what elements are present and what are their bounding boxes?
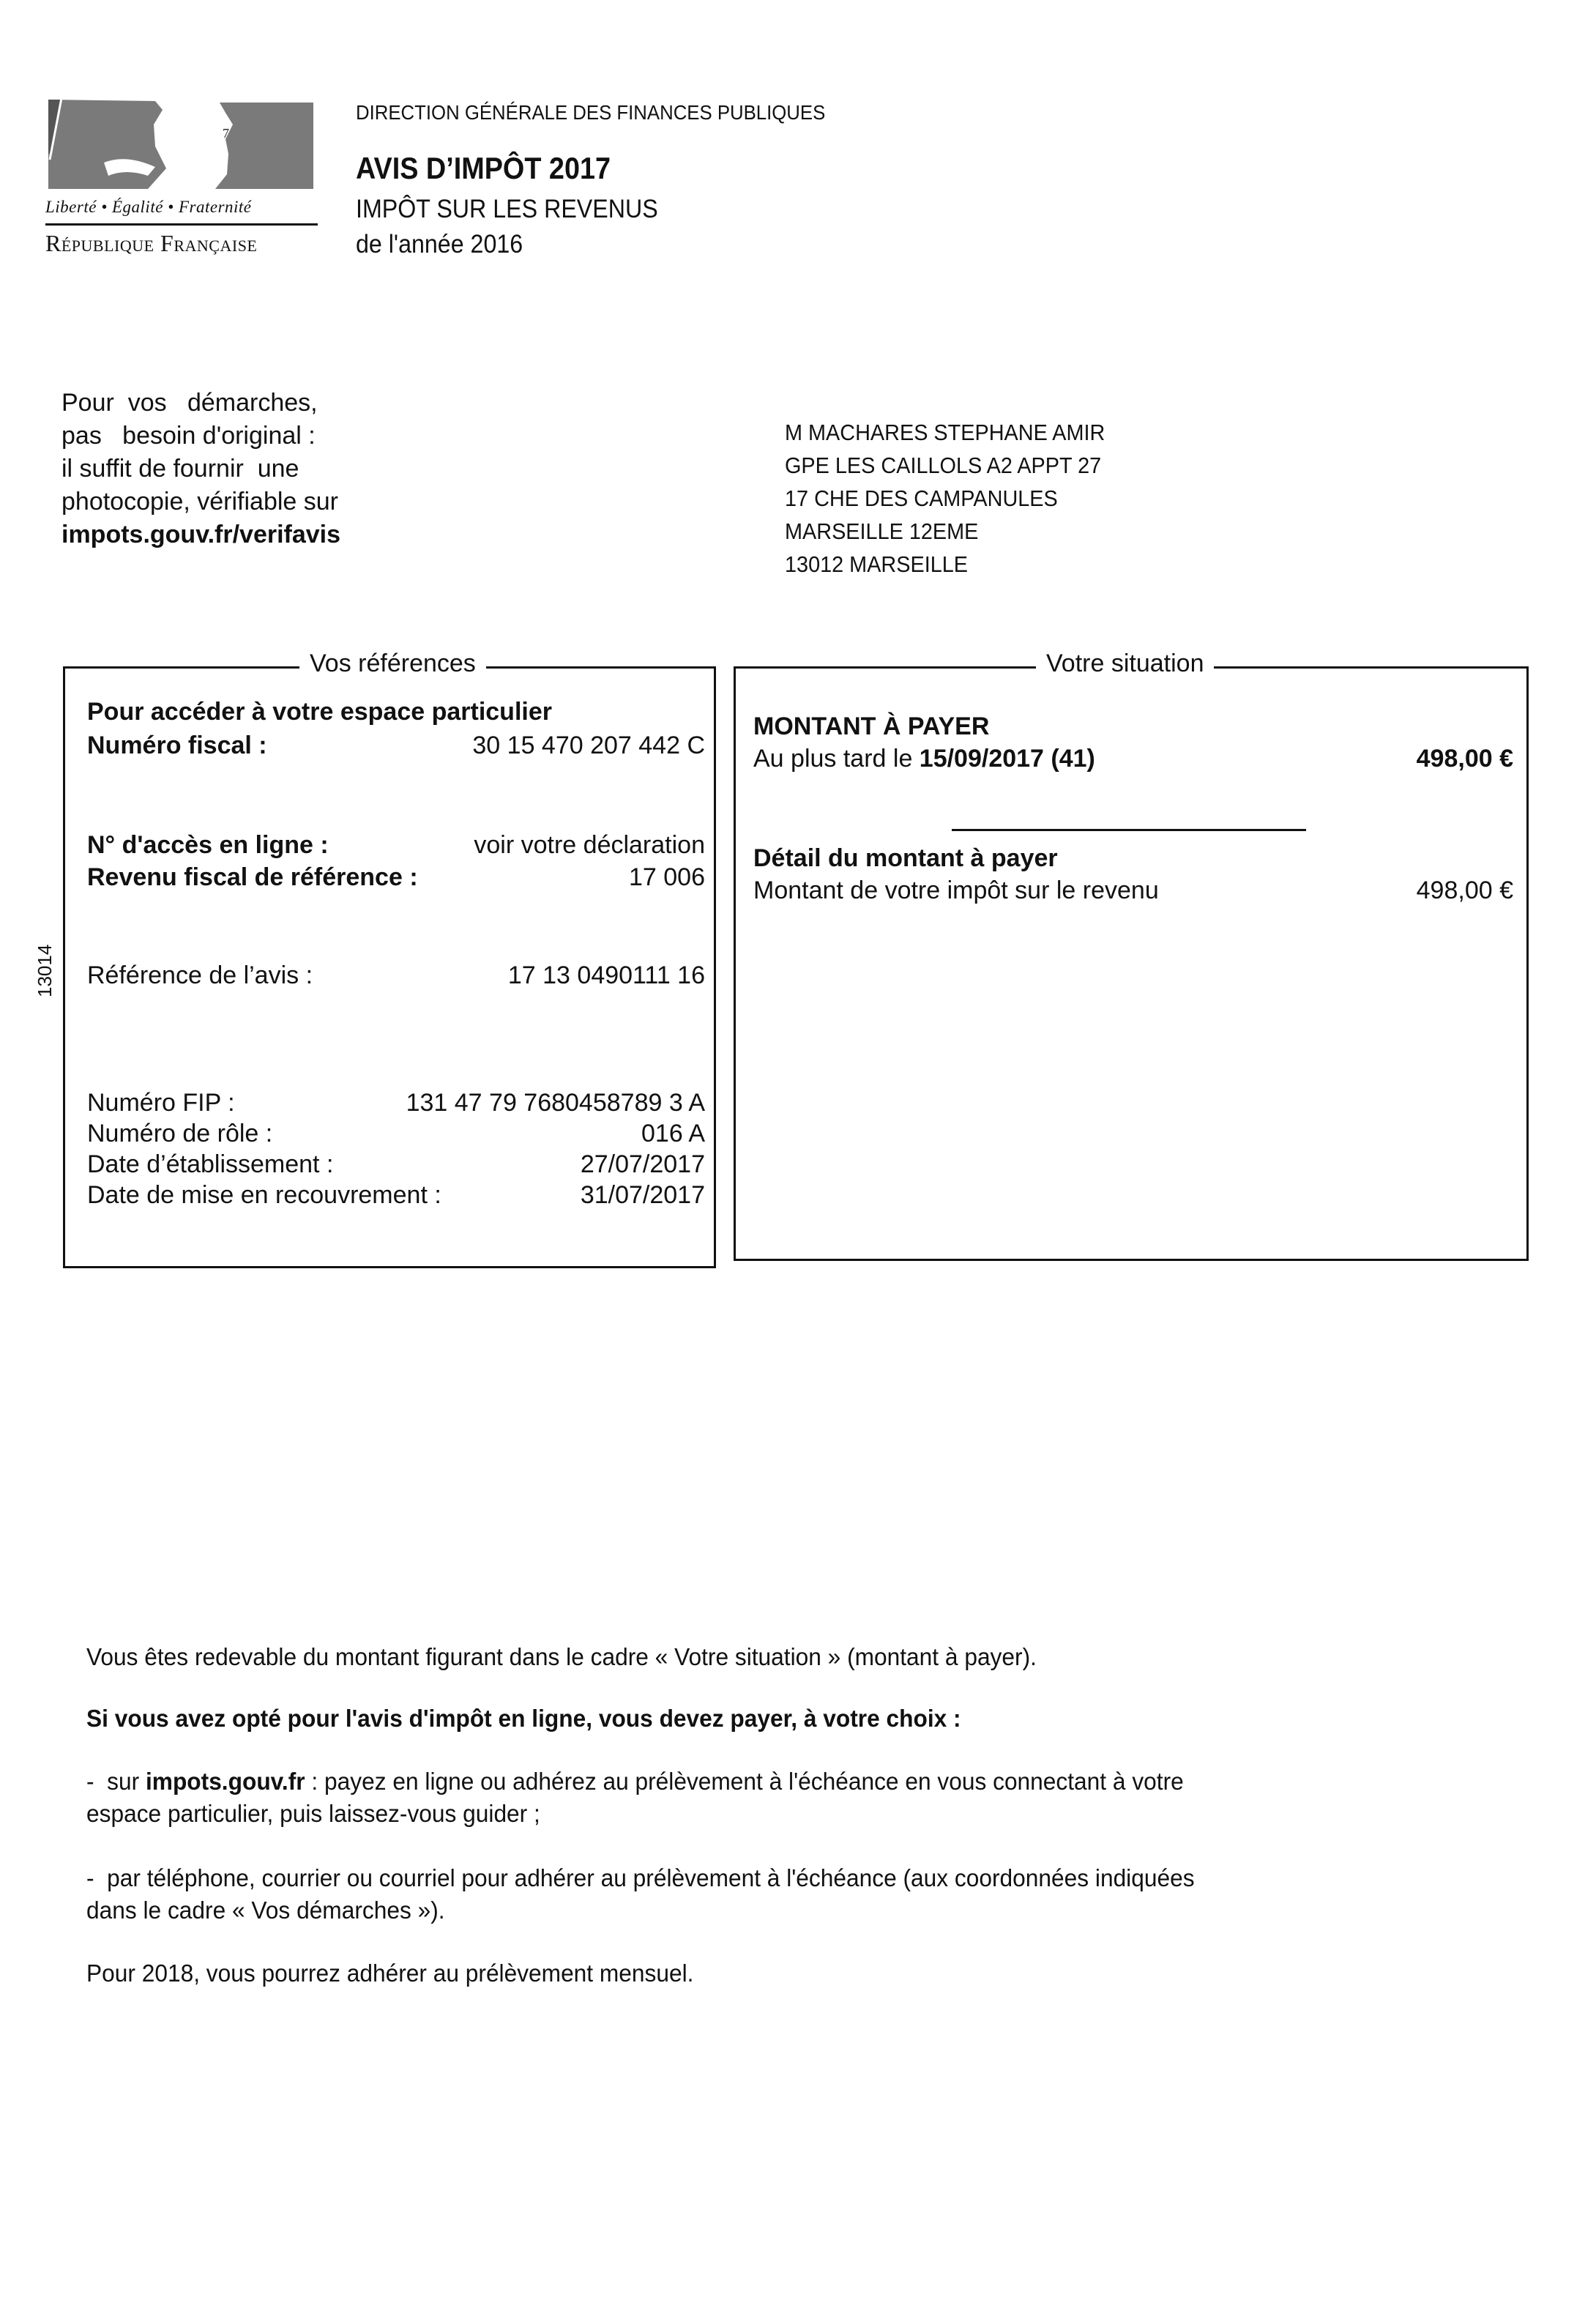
reference-row: Numéro fiscal : 30 15 470 207 442 C — [87, 732, 705, 760]
svg-text:7: 7 — [223, 126, 229, 141]
impots-link[interactable]: impots.gouv.fr — [146, 1768, 305, 1795]
numero-role-label: Numéro de rôle : — [87, 1120, 272, 1148]
detail-row: Montant de votre impôt sur le revenu 498… — [753, 877, 1513, 905]
footer-bullet-phone-cont: dans le cadre « Vos démarches »). — [86, 1897, 445, 1924]
address-line: 13012 MARSEILLE — [785, 548, 1105, 581]
situation-box: Votre situation MONTANT À PAYER Au plus … — [734, 666, 1529, 1261]
bullet-prefix: - sur — [86, 1768, 146, 1795]
revenu-fiscal-label: Revenu fiscal de référence : — [87, 863, 418, 892]
reference-row: Date d’établissement : 27/07/2017 — [87, 1150, 705, 1179]
document-title: AVIS D’IMPÔT 2017 — [356, 151, 611, 186]
logo-republic: République Française — [45, 230, 324, 257]
references-legend: Vos références — [299, 650, 486, 678]
date-etablissement-label: Date d’établissement : — [87, 1150, 333, 1179]
numero-fip-label: Numéro FIP : — [87, 1089, 235, 1117]
date-recouvrement-label: Date de mise en recouvrement : — [87, 1181, 441, 1210]
acces-en-ligne-value: voir votre déclaration — [474, 831, 705, 860]
acces-en-ligne-label: N° d'accès en ligne : — [87, 831, 329, 860]
footer-bullet-online: - sur impots.gouv.fr : payez en ligne ou… — [86, 1768, 1184, 1795]
address-line: GPE LES CAILLOLS A2 APPT 27 — [785, 449, 1105, 482]
footer-paragraph: Vous êtes redevable du montant figurant … — [86, 1643, 1037, 1671]
reference-avis-value: 17 13 0490111 16 — [508, 961, 705, 990]
reference-row: Date de mise en recouvrement : 31/07/201… — [87, 1181, 705, 1210]
reference-avis-label: Référence de l’avis : — [87, 961, 313, 990]
logo-motto: Liberté • Égalité • Fraternité — [45, 198, 318, 217]
footer-bullet-online-cont: espace particulier, puis laissez-vous gu… — [86, 1800, 540, 1828]
address-line: MARSEILLE 12EME — [785, 515, 1105, 548]
income-year: de l'année 2016 — [356, 230, 523, 259]
amount-due: 498,00 € — [1417, 745, 1513, 773]
amount-heading-text: MONTANT À PAYER — [753, 712, 989, 741]
numero-fip-value: 131 47 79 7680458789 3 A — [406, 1089, 705, 1117]
numero-fiscal-label: Numéro fiscal : — [87, 732, 267, 760]
detail-heading: Détail du montant à payer — [753, 844, 1513, 873]
recipient-address: M MACHARES STEPHANE AMIR GPE LES CAILLOL… — [785, 416, 1105, 581]
reference-row: Référence de l’avis : 17 13 0490111 16 — [87, 961, 705, 990]
document-subtitle: IMPÔT SUR LES REVENUS — [356, 195, 658, 224]
references-box: Vos références Pour accéder à votre espa… — [63, 666, 716, 1268]
reference-row: Numéro de rôle : 016 A — [87, 1120, 705, 1148]
note-line: photocopie, vérifiable sur — [61, 485, 340, 518]
side-code: 13014 — [34, 945, 56, 997]
detail-heading-text: Détail du montant à payer — [753, 844, 1058, 873]
situation-legend: Votre situation — [1036, 650, 1214, 678]
amount-heading: MONTANT À PAYER — [753, 712, 1513, 741]
address-line: 17 CHE DES CAMPANULES — [785, 482, 1105, 515]
revenu-fiscal-value: 17 006 — [629, 863, 705, 892]
verification-note: Pour vos démarches, pas besoin d'origina… — [61, 387, 340, 551]
situation-separator — [952, 829, 1306, 831]
date-etablissement-value: 27/07/2017 — [581, 1150, 705, 1179]
detail-label: Montant de votre impôt sur le revenu — [753, 877, 1159, 905]
deadline-date: 15/09/2017 (41) — [920, 745, 1095, 773]
issuer-direction: DIRECTION GÉNÉRALE DES FINANCES PUBLIQUE… — [356, 101, 825, 124]
note-line: pas besoin d'original : — [61, 420, 340, 453]
detail-amount: 498,00 € — [1417, 877, 1513, 905]
numero-fiscal-value: 30 15 470 207 442 C — [472, 732, 705, 760]
deadline-prefix: Au plus tard le — [753, 745, 920, 773]
logo-divider — [45, 223, 318, 226]
numero-role-value: 016 A — [641, 1120, 705, 1148]
footer-bullet-phone: - par téléphone, courrier ou courriel po… — [86, 1864, 1195, 1892]
amount-row: Au plus tard le 15/09/2017 (41) 498,00 € — [753, 745, 1513, 773]
reference-row: Numéro FIP : 131 47 79 7680458789 3 A — [87, 1089, 705, 1117]
reference-row: Revenu fiscal de référence : 17 006 — [87, 863, 705, 892]
reference-row: N° d'accès en ligne : voir votre déclara… — [87, 831, 705, 860]
references-heading: Pour accéder à votre espace particulier — [87, 698, 705, 726]
note-line: Pour vos démarches, — [61, 387, 340, 420]
footer-monthly-note: Pour 2018, vous pourrez adhérer au prélè… — [86, 1960, 693, 1987]
footer-bold-paragraph: Si vous avez opté pour l'avis d'impôt en… — [86, 1705, 961, 1733]
note-line: il suffit de fournir une — [61, 453, 340, 485]
date-recouvrement-value: 31/07/2017 — [581, 1181, 705, 1210]
recipient-name: M MACHARES STEPHANE AMIR — [785, 416, 1105, 449]
references-heading-text: Pour accéder à votre espace particulier — [87, 698, 552, 726]
verification-link[interactable]: impots.gouv.fr/verifavis — [61, 518, 340, 551]
marianne-logo: 7 — [45, 95, 316, 190]
deadline: Au plus tard le 15/09/2017 (41) — [753, 745, 1095, 773]
bullet-text: : payez en ligne ou adhérez au prélèveme… — [305, 1768, 1184, 1795]
